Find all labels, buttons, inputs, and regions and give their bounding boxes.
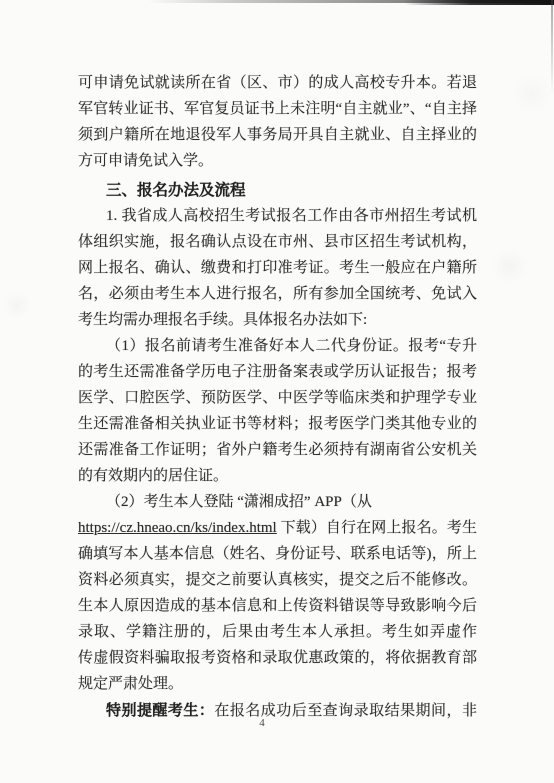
scanned-document-page: { "page": { "page_number": "4" }, "docum…: [0, 0, 554, 783]
text-line: 规定严肃处理。: [78, 671, 477, 697]
text-line: 体组织实施，报名确认点设在市州、县市区招生考试机构，实行: [78, 229, 477, 255]
document-text-block: 可申请免试就读所在省（区、市）的成人高校专升本。若退役证、 军官转业证书、军官复…: [78, 70, 477, 723]
text-line: 网上报名、确认、缴费和打印准考证。考生一般应在户籍所在地报: [78, 255, 477, 281]
text-line: （1）报名前请考生准备好本人二代身份证。报考“专升本”: [78, 333, 477, 359]
text-line: 的考生还需准备学历电子注册备案表或学历认证报告；报考临床: [78, 359, 477, 385]
scanner-edge-streak: [551, 0, 553, 95]
text-line: 考生均需办理报名手续。具体报名办法如下:: [78, 307, 477, 333]
text-line: 的有效期内的居住证。: [78, 463, 477, 489]
section-heading: 三、报名办法及流程: [78, 177, 477, 203]
text-line: 确填写本人基本信息（姓名、身份证号、联系电话等)，所上传的: [78, 541, 477, 567]
text-line: 传虚假资料骗取报考资格和录取优惠政策的，将依据教育部有关: [78, 645, 477, 671]
text-line: 军官转业证书、军官复员证书上未注明“自主就业”、“自主择业”，: [78, 96, 477, 122]
text-line: 生本人原因造成的基本信息和上传资料错误等导致影响今后考试、: [78, 593, 477, 619]
text-line: 生还需准备相关执业证书等材料；报考医学门类其他专业的考生: [78, 411, 477, 437]
reminder-line: 特别提醒考生：在报名成功后至查询录取结果期间，非必要: [78, 697, 477, 723]
text-line: 1. 我省成人高校招生考试报名工作由各市州招生考试机构具: [78, 203, 477, 229]
scanner-edge-artifact-right: [404, 0, 554, 5]
text-line: 方可申请免试入学。: [78, 148, 477, 174]
text-line: 名，必须由考生本人进行报名，所有参加全国统考、免试入学的: [78, 281, 477, 307]
registration-url-link: https://cz.hneao.cn/ks/index.html: [78, 520, 277, 536]
page-number: 4: [252, 717, 272, 729]
text-line: 资料必须真实，提交之前要认真核实，提交之后不能修改。因考: [78, 567, 477, 593]
text-line: 医学、口腔医学、预防医学、中医学等临床类和护理学专业的考: [78, 385, 477, 411]
text-line: 须到户籍所在地退役军人事务局开具自主就业、自主择业的证明，: [78, 122, 477, 148]
text-line: 录取、学籍注册的，后果由考生本人承担。考生如弄虚作假，上: [78, 619, 477, 645]
text-line: 可申请免试就读所在省（区、市）的成人高校专升本。若退役证、: [78, 70, 477, 96]
text-line-with-url: https://cz.hneao.cn/ks/index.html 下载）自行在…: [78, 515, 477, 541]
reminder-lead: 特别提醒考生：: [106, 701, 214, 719]
text-line: （2）考生本人登陆 “潇湘成招” APP（从: [78, 489, 477, 515]
text-line: 还需准备工作证明；省外户籍考生必须持有湖南省公安机关核发: [78, 437, 477, 463]
